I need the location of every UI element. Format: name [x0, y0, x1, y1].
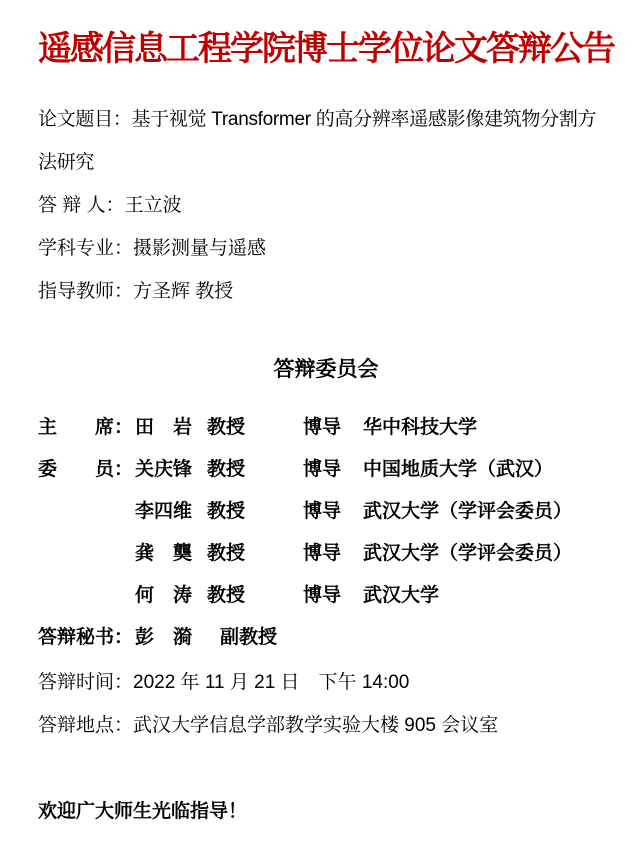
committee-member-name: 田 岩: [135, 407, 207, 449]
committee-member-supervisor: 博导: [303, 575, 363, 617]
thesis-title-label: 论文题目：: [38, 109, 132, 130]
secretary-role: 答辩秘书：: [38, 617, 135, 659]
announcement-page: 遥感信息工程学院博士学位论文答辩公告 论文题目：基于视觉 Transformer…: [0, 0, 642, 866]
defense-location-label: 答辩地点：: [38, 715, 133, 736]
committee-member-affiliation: 武汉大学（学评会委员）: [363, 533, 614, 575]
committee-member-title: 教授: [207, 575, 303, 617]
announcement-title: 遥感信息工程学院博士学位论文答辩公告: [38, 24, 614, 76]
committee-member-title: 教授: [207, 491, 303, 533]
schedule-block: 答辩时间：2022 年 11 月 21 日 下午 14:00 答辩地点：武汉大学…: [38, 661, 614, 747]
advisor-line: 指导教师：方圣辉 教授: [38, 270, 614, 313]
committee-member-affiliation: 武汉大学: [363, 575, 614, 617]
candidate-line: 答 辩 人：王立波: [38, 184, 614, 227]
committee-member-affiliation: 中国地质大学（武汉）: [363, 449, 614, 491]
committee-row-member: 龚 龑 教授 博导 武汉大学（学评会委员）: [38, 533, 614, 575]
major-label: 学科专业：: [38, 238, 133, 259]
major-line: 学科专业：摄影测量与遥感: [38, 227, 614, 270]
candidate-label: 答 辩 人：: [38, 195, 125, 216]
thesis-title-line: 论文题目：基于视觉 Transformer 的高分辨率遥感影像建筑物分割方法研究: [38, 98, 614, 184]
committee-member-name: 龚 龑: [135, 533, 207, 575]
defense-time-line: 答辩时间：2022 年 11 月 21 日 下午 14:00: [38, 661, 614, 704]
candidate-name: 王立波: [125, 195, 182, 216]
committee-row-member: 委 员： 关庆锋 教授 博导 中国地质大学（武汉）: [38, 449, 614, 491]
committee-member-supervisor: 博导: [303, 533, 363, 575]
committee-role: 委 员：: [38, 449, 135, 491]
defense-location-line: 答辩地点：武汉大学信息学部教学实验大楼 905 会议室: [38, 704, 614, 747]
defense-time-value: 2022 年 11 月 21 日 下午 14:00: [133, 672, 409, 693]
committee-member-supervisor: 博导: [303, 449, 363, 491]
committee-heading: 答辩委员会: [38, 353, 614, 385]
committee-member-affiliation: 华中科技大学: [363, 407, 614, 449]
committee-member-title: 教授: [207, 407, 303, 449]
secretary-title: 副教授: [220, 617, 614, 659]
committee-member-title: 教授: [207, 533, 303, 575]
major-value: 摄影测量与遥感: [133, 238, 266, 259]
committee-member-name: 关庆锋: [135, 449, 207, 491]
committee-member-supervisor: 博导: [303, 407, 363, 449]
committee-role: [38, 491, 135, 533]
committee-member-supervisor: 博导: [303, 491, 363, 533]
defense-time-label: 答辩时间：: [38, 672, 133, 693]
secretary-name: 彭 漪: [135, 617, 220, 659]
defense-location-value: 武汉大学信息学部教学实验大楼 905 会议室: [133, 715, 498, 736]
committee-member-title: 教授: [207, 449, 303, 491]
committee-row-secretary: 答辩秘书： 彭 漪 副教授: [38, 617, 614, 659]
committee-member-affiliation: 武汉大学（学评会委员）: [363, 491, 614, 533]
committee-member-name: 何 涛: [135, 575, 207, 617]
committee-member-name: 李四维: [135, 491, 207, 533]
committee-role: [38, 575, 135, 617]
advisor-label: 指导教师：: [38, 281, 133, 302]
advisor-value: 方圣辉 教授: [133, 281, 233, 302]
committee-role: [38, 533, 135, 575]
committee-row-member: 李四维 教授 博导 武汉大学（学评会委员）: [38, 491, 614, 533]
committee-role: 主 席：: [38, 407, 135, 449]
welcome-message: 欢迎广大师生光临指导！: [38, 799, 614, 825]
committee-row-chair: 主 席： 田 岩 教授 博导 华中科技大学: [38, 407, 614, 449]
committee-row-member: 何 涛 教授 博导 武汉大学: [38, 575, 614, 617]
